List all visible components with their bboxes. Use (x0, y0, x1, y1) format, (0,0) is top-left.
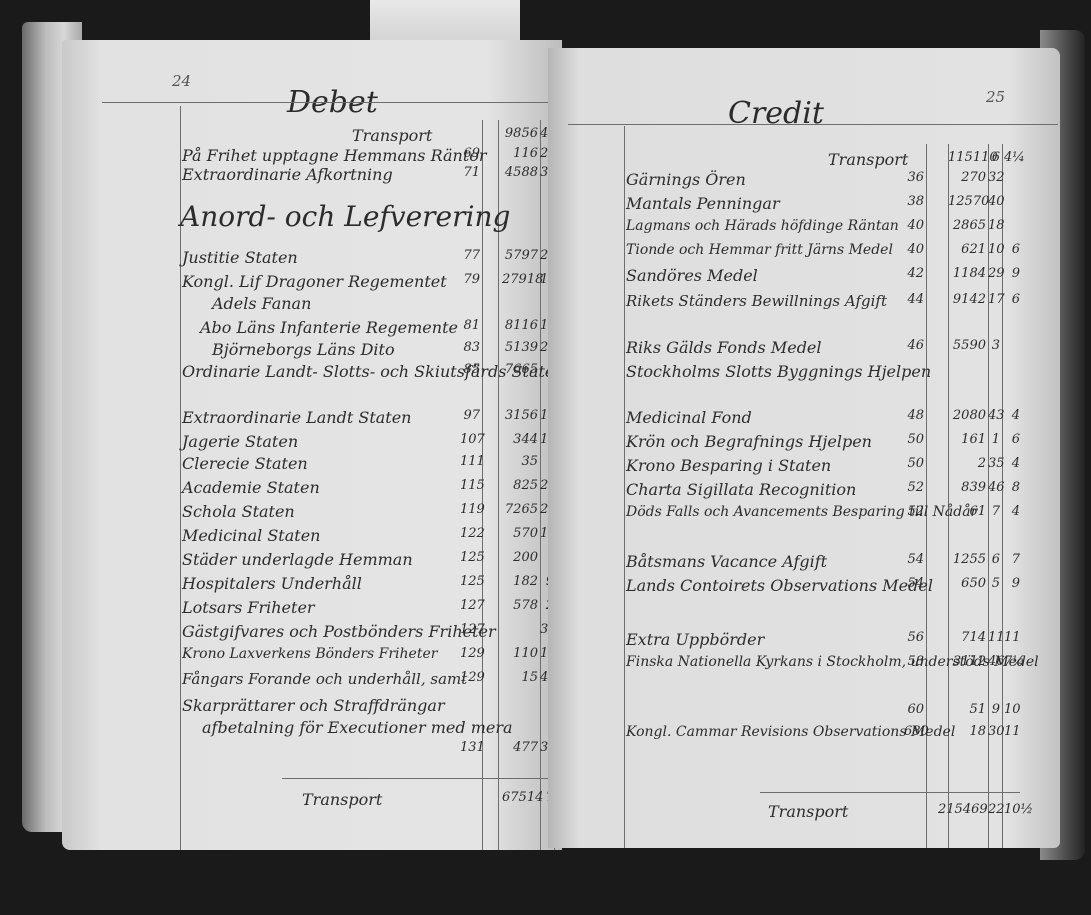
entry-description: afbetalning för Executioner med mera (202, 718, 513, 737)
folio-number: 60 (904, 702, 924, 717)
entry-amount: 5797 (502, 248, 538, 263)
entry-amount: 200 (502, 550, 538, 565)
entry-subunit-2: 11 (1004, 630, 1020, 645)
entry-amount: 110 (502, 646, 538, 661)
entry-amount: 825 (502, 478, 538, 493)
entry-description: Sandöres Medel (626, 266, 758, 285)
entry-subunit: 1 (988, 432, 1000, 447)
transport-label: Transport (768, 802, 848, 821)
entry-amount: 215469 (938, 802, 986, 817)
entry-subunit-2: 4 (1004, 456, 1020, 471)
entry-amount: 2865 (948, 218, 986, 233)
folio-number: 71 (460, 165, 480, 180)
entry-description: Lagmans och Härads höfdinge Räntan (626, 218, 899, 234)
entry-description: Anord- och Lefverering (180, 200, 510, 233)
entry-subunit-2: 4 (1004, 408, 1020, 423)
entry-description: Hospitalers Underhåll (182, 574, 362, 593)
entry-amount: 2 (948, 456, 986, 471)
entry-subunit-2: 7¼ (1004, 654, 1020, 669)
entry-subunit-2: 10 (1004, 702, 1020, 717)
folio-number: 58 (904, 654, 924, 669)
entry-subunit: 17 (988, 292, 1000, 307)
entry-subunit-2: 11 (1004, 724, 1020, 739)
entry-subunit: 46 (988, 654, 1000, 669)
entry-description: Medicinal Staten (182, 526, 320, 545)
entry-subunit: 22 (988, 802, 1000, 817)
folio-number: 97 (460, 408, 480, 423)
entry-amount: 161 (948, 432, 986, 447)
folio-number: 129 (460, 670, 480, 685)
folio-number: 36 (904, 170, 924, 185)
entry-description: Tionde och Hemmar fritt Järns Medel (626, 242, 893, 258)
entry-amount: 12570 (948, 194, 986, 209)
entry-subunit-2: 10½ (1004, 802, 1022, 817)
entry-subunit-2: 7 (1004, 552, 1020, 567)
entry-description: Stockholms Slotts Byggnings Hjelpen (626, 362, 931, 381)
entry-subunit-2: 9 (1004, 266, 1020, 281)
entry-amount: 3156 (502, 408, 538, 423)
entry-description: Städer underlagde Hemman (182, 550, 413, 569)
folio-number: 129 (460, 646, 480, 661)
entry-description: Academie Staten (182, 478, 320, 497)
entry-amount: 116 (502, 146, 538, 161)
entry-subunit-2: 8 (1004, 480, 1020, 495)
entry-description: Gästgifvares och Postbönders Friheter (182, 622, 496, 641)
entry-amount: 621 (948, 242, 986, 257)
entry-amount: 344 (502, 432, 538, 447)
entry-description: Riks Gälds Fonds Medel (626, 338, 822, 357)
entry-description: Båtsmans Vacance Afgift (626, 552, 827, 571)
entry-subunit: 43 (988, 408, 1000, 423)
ledger-page-credit: 25 Credit Transport 115110 6 4¼ Gärnings… (548, 48, 1060, 848)
entry-description: Medicinal Fond (626, 408, 752, 427)
header-rule (102, 102, 562, 103)
entry-amount: 115110 (948, 150, 986, 165)
entry-description: Krono Besparing i Staten (626, 456, 831, 475)
entry-amount: 61 (948, 504, 986, 519)
entry-subunit-2: 6 (1004, 432, 1020, 447)
entry-description: Krono Laxverkens Bönders Friheter (182, 646, 437, 662)
entry-subunit-2: 6 (1004, 242, 1020, 257)
folio-number: 54 (904, 552, 924, 567)
entry-amount: 182 (502, 574, 538, 589)
header-rule (568, 124, 1058, 125)
column-rule-folio (926, 144, 927, 848)
folio-number: 680 (904, 724, 924, 739)
folio-number: 83 (460, 340, 480, 355)
entry-description: Björneborgs Läns Dito (212, 340, 395, 359)
folio-number: 125 (460, 574, 480, 589)
entry-subunit: 18 (988, 218, 1000, 233)
folio-number: 46 (904, 338, 924, 353)
folio-number: 79 (460, 272, 480, 287)
folio-number: 54 (904, 576, 924, 591)
folio-number: 69 (460, 146, 480, 161)
entry-amount: 5590 (948, 338, 986, 353)
entry-subunit: 5 (988, 576, 1000, 591)
entry-description: Krön och Begrafnings Hjelpen (626, 432, 872, 451)
entry-description: Clerecie Staten (182, 454, 308, 473)
folio-number: 127 (460, 622, 480, 637)
folio-number: 52 (904, 504, 924, 519)
folio-number: 119 (460, 502, 480, 517)
entry-subunit: 7 (988, 504, 1000, 519)
entry-subunit: 30 (988, 724, 1000, 739)
entry-amount: 18 (948, 724, 986, 739)
transport-label: Transport (352, 126, 432, 145)
entry-description: Extraordinarie Afkortning (182, 165, 393, 184)
entry-subunit-2: 6 (1004, 292, 1020, 307)
entry-description: Jagerie Staten (182, 432, 298, 451)
total-rule (760, 792, 1020, 793)
folio-number: 127 (460, 598, 480, 613)
folio-number: 38 (904, 194, 924, 209)
entry-description: Fångars Forande och underhåll, samt (182, 670, 467, 688)
entry-amount: 570 (502, 526, 538, 541)
entry-subunit-2: 4 (1004, 504, 1020, 519)
page-number: 24 (172, 72, 191, 90)
entry-amount: 3112 (948, 654, 986, 669)
folio-number: 77 (460, 248, 480, 263)
entry-description: Rikets Ständers Bewillnings Afgift (626, 292, 887, 310)
entry-amount: 4588 (502, 165, 538, 180)
entry-amount: 51 (948, 702, 986, 717)
entry-description: Lands Contoirets Observations Medel (626, 576, 933, 595)
folio-number: 52 (904, 480, 924, 495)
entry-description: Adels Fanan (212, 294, 311, 313)
entry-amount: 477 (502, 740, 538, 755)
entry-amount: 578 (502, 598, 538, 613)
entry-subunit: 46 (988, 480, 1000, 495)
entry-subunit: 29 (988, 266, 1000, 281)
entry-amount: 1255 (948, 552, 986, 567)
entry-description: Charta Sigillata Recognition (626, 480, 856, 499)
entry-amount: 9856 (502, 126, 538, 141)
folio-number: 56 (904, 630, 924, 645)
folio-number: 42 (904, 266, 924, 281)
entry-description: Lotsars Friheter (182, 598, 315, 617)
folio-number: 122 (460, 526, 480, 541)
folio-number: 125 (460, 550, 480, 565)
folio-number: 50 (904, 456, 924, 471)
entry-description: Abo Läns Infanterie Regemente (200, 318, 458, 337)
entry-subunit: 40 (988, 194, 1000, 209)
entry-subunit: 3 (988, 338, 1000, 353)
entry-subunit: 32 (988, 170, 1000, 185)
entry-subunit-2: 9 (1004, 576, 1020, 591)
entry-description: Mantals Penningar (626, 194, 780, 213)
entry-amount: 650 (948, 576, 986, 591)
entry-amount: 8116 (502, 318, 538, 333)
transport-label: Transport (828, 150, 908, 169)
margin-rule (624, 126, 625, 848)
folio-number: 115 (460, 478, 480, 493)
entry-amount: 7665 (502, 362, 538, 377)
entry-subunit: 35 (988, 456, 1000, 471)
folio-number: 50 (904, 432, 924, 447)
entry-amount: 7265 (502, 502, 538, 517)
entry-subunit: 11 (988, 630, 1000, 645)
entry-subunit: 10 (988, 242, 1000, 257)
entry-amount: 9142 (948, 292, 986, 307)
folio-number: 107 (460, 432, 480, 447)
entry-subunit-2: 4¼ (1004, 150, 1020, 165)
folio-number: 40 (904, 218, 924, 233)
page-number: 25 (986, 88, 1005, 106)
entry-description: Justitie Staten (182, 248, 298, 267)
entry-description: Skarprättarer och Straffdrängar (182, 696, 445, 715)
transport-label: Transport (302, 790, 382, 809)
folio-number: 48 (904, 408, 924, 423)
entry-amount: 67514 (502, 790, 538, 805)
entry-subunit: 6 (988, 150, 1000, 165)
entry-amount: 27918 (502, 272, 538, 287)
entry-description: Extra Uppbörder (626, 630, 764, 649)
ledger-page-debet: 24 Debet Transport 9856 40 På Frihet upp… (62, 40, 562, 850)
entry-description: Gärnings Ören (626, 170, 746, 189)
page-heading: Credit (728, 96, 824, 131)
entry-description: Extraordinarie Landt Staten (182, 408, 411, 427)
entry-amount: 2080 (948, 408, 986, 423)
entry-description: På Frihet upptagne Hemmans Räntor (182, 146, 487, 165)
total-rule (282, 778, 562, 779)
entry-amount: 270 (948, 170, 986, 185)
folio-number: 81 (460, 318, 480, 333)
entry-description: Kongl. Lif Dragoner Regementet (182, 272, 447, 291)
folio-number: 111 (460, 454, 480, 469)
entry-amount: 5139 (502, 340, 538, 355)
entry-description: Schola Staten (182, 502, 295, 521)
entry-description: Döds Falls och Avancements Besparing til… (626, 504, 977, 520)
entry-subunit: 9 (988, 702, 1000, 717)
entry-amount: 1184 (948, 266, 986, 281)
folio-number: 131 (460, 740, 480, 755)
folio-number: 85 (460, 362, 480, 377)
entry-amount: 15 (502, 670, 538, 685)
entry-amount: 35 (502, 454, 538, 469)
folio-number: 44 (904, 292, 924, 307)
entry-amount: 839 (948, 480, 986, 495)
entry-amount: 714 (948, 630, 986, 645)
folio-number: 40 (904, 242, 924, 257)
entry-subunit: 6 (988, 552, 1000, 567)
